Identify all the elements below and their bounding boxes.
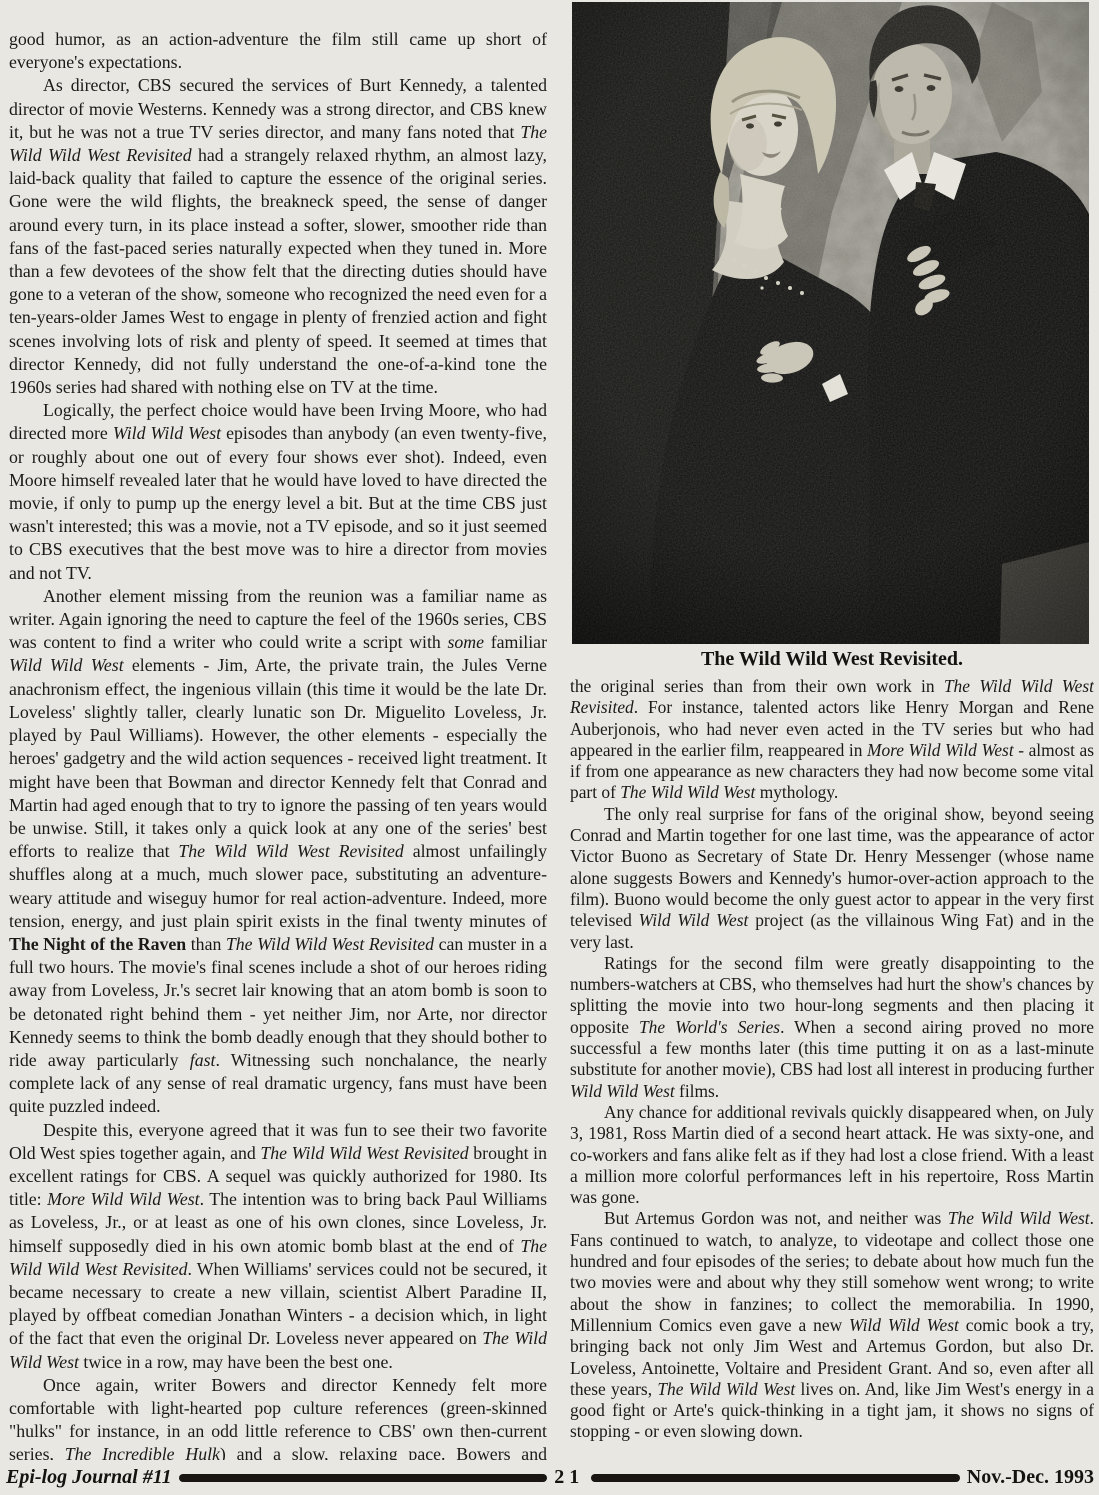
photo xyxy=(572,2,1094,644)
left-column: good humor, as an action-adventure the f… xyxy=(9,28,547,1460)
magazine-page: good humor, as an action-adventure the f… xyxy=(0,0,1099,1495)
journal-title: Epi-log Journal #11 xyxy=(6,1466,172,1489)
right-column-paragraphs: the original series than from their own … xyxy=(570,676,1094,1443)
photo-illustration xyxy=(572,2,1089,644)
footer-rule-left xyxy=(179,1474,548,1482)
paragraph: Despite this, everyone agreed that it wa… xyxy=(9,1119,547,1374)
paragraph: But Artemus Gordon was not, and neither … xyxy=(570,1208,1094,1442)
issue-date: Nov.-Dec. 1993 xyxy=(967,1466,1094,1489)
paragraph: Any chance for additional revivals quick… xyxy=(570,1102,1094,1208)
footer-rule-right xyxy=(591,1474,960,1482)
page-number: 21 xyxy=(554,1466,584,1489)
paragraph: Ratings for the second film were greatly… xyxy=(570,953,1094,1102)
paragraph: As director, CBS secured the services of… xyxy=(9,74,547,399)
paragraph: Once again, writer Bowers and director K… xyxy=(9,1374,547,1460)
photo-caption: The Wild Wild West Revisited. xyxy=(570,646,1094,672)
left-column-paragraphs: good humor, as an action-adventure the f… xyxy=(9,28,547,1460)
right-column: The Wild Wild West Revisited. the origin… xyxy=(570,0,1094,1464)
paragraph: the original series than from their own … xyxy=(570,676,1094,804)
paragraph: The only real surprise for fans of the o… xyxy=(570,804,1094,953)
vignette-overlay xyxy=(572,2,1089,644)
paragraph: Logically, the perfect choice would have… xyxy=(9,399,547,585)
footer: Epi-log Journal #11 21 Nov.-Dec. 1993 xyxy=(6,1466,1094,1489)
photo-figure: The Wild Wild West Revisited. xyxy=(570,2,1094,672)
paragraph: good humor, as an action-adventure the f… xyxy=(9,28,547,74)
paragraph: Another element missing from the reunion… xyxy=(9,585,547,1119)
